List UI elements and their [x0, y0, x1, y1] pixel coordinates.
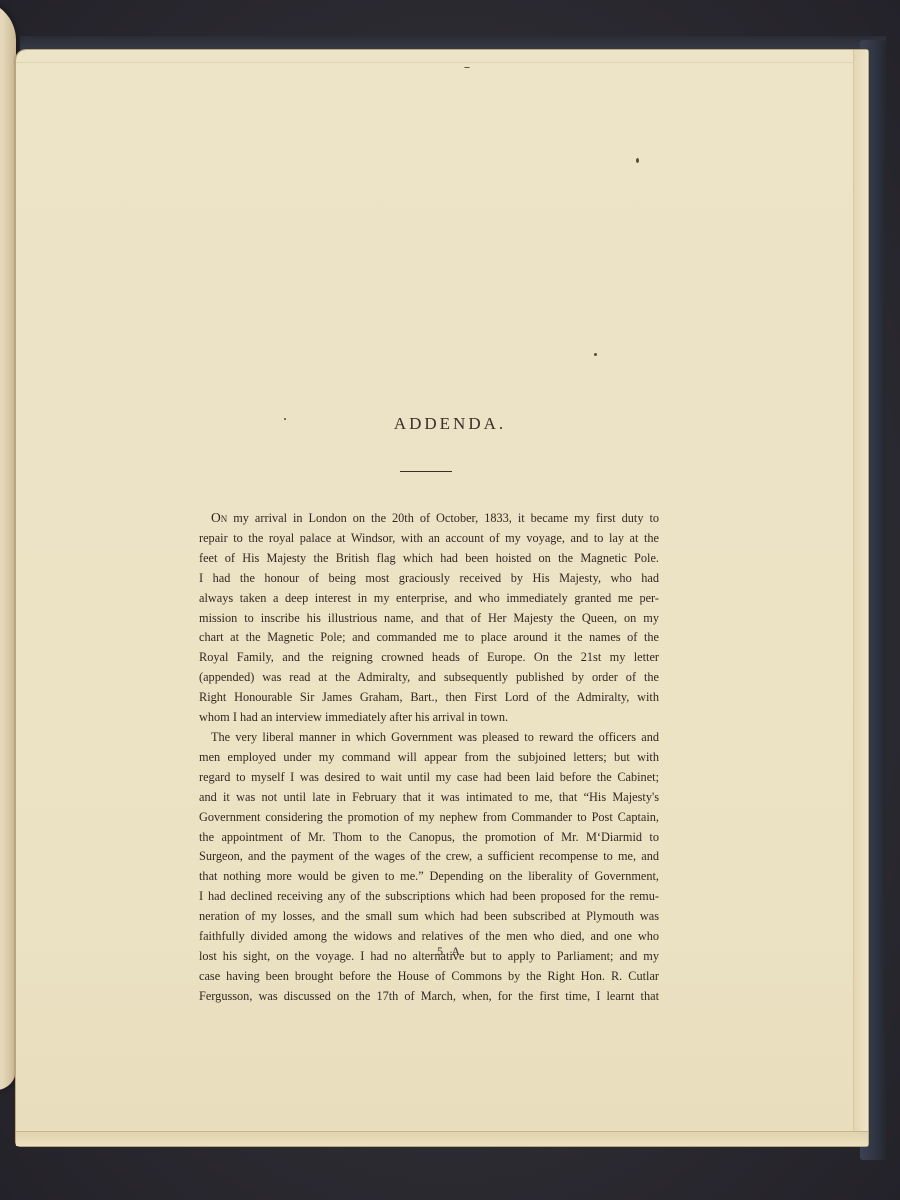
body-text: On my arrival in London on the 20th of O…	[199, 508, 659, 1007]
text-line: and it was not until late in February th…	[199, 788, 659, 808]
page-top-edge	[16, 50, 868, 63]
text-line: Surgeon, and the payment of the wages of…	[199, 847, 659, 867]
ink-speck	[464, 67, 470, 68]
text-line: I had the honour of being most graciousl…	[199, 569, 659, 589]
text-line: Royal Family, and the reigning crowned h…	[199, 648, 659, 668]
ink-speck	[636, 158, 639, 163]
title-rule	[400, 471, 452, 472]
text-line: that nothing more would be given to me.”…	[199, 867, 659, 887]
text-line: Government considering the promotion of …	[199, 808, 659, 828]
text-line: mission to inscribe his illustrious name…	[199, 609, 659, 629]
signature-mark: 5 A	[0, 944, 900, 959]
text-line: the appointment of Mr. Thom to the Canop…	[199, 828, 659, 848]
text-line: men employed under my command will appea…	[199, 748, 659, 768]
text-line: always taken a deep interest in my enter…	[199, 589, 659, 609]
text-line: regard to myself I was desired to wait u…	[199, 768, 659, 788]
text-line: I had declined receiving any of the subs…	[199, 887, 659, 907]
text-line: On my arrival in London on the 20th of O…	[199, 508, 659, 529]
facing-page-edge	[0, 0, 16, 1090]
page-title: ADDENDA.	[0, 414, 900, 434]
text-line: whom I had an interview immediately afte…	[199, 708, 659, 728]
drop-word: On	[211, 510, 227, 525]
text-line: feet of His Majesty the British flag whi…	[199, 549, 659, 569]
text-line: case having been brought before the Hous…	[199, 967, 659, 987]
text-line: repair to the royal palace at Windsor, w…	[199, 529, 659, 549]
text-line: The very liberal manner in which Governm…	[199, 728, 659, 748]
text-line: (appended) was read at the Admiralty, an…	[199, 668, 659, 688]
page-bottom-edge	[16, 1131, 868, 1146]
text-line: neration of my losses, and the small sum…	[199, 907, 659, 927]
text-line: Fergusson, was discussed on the 17th of …	[199, 987, 659, 1007]
text-line: Right Honourable Sir James Graham, Bart.…	[199, 688, 659, 708]
ink-speck	[594, 353, 597, 356]
page-right-edge	[853, 50, 868, 1146]
text-line: chart at the Magnetic Pole; and commande…	[199, 628, 659, 648]
